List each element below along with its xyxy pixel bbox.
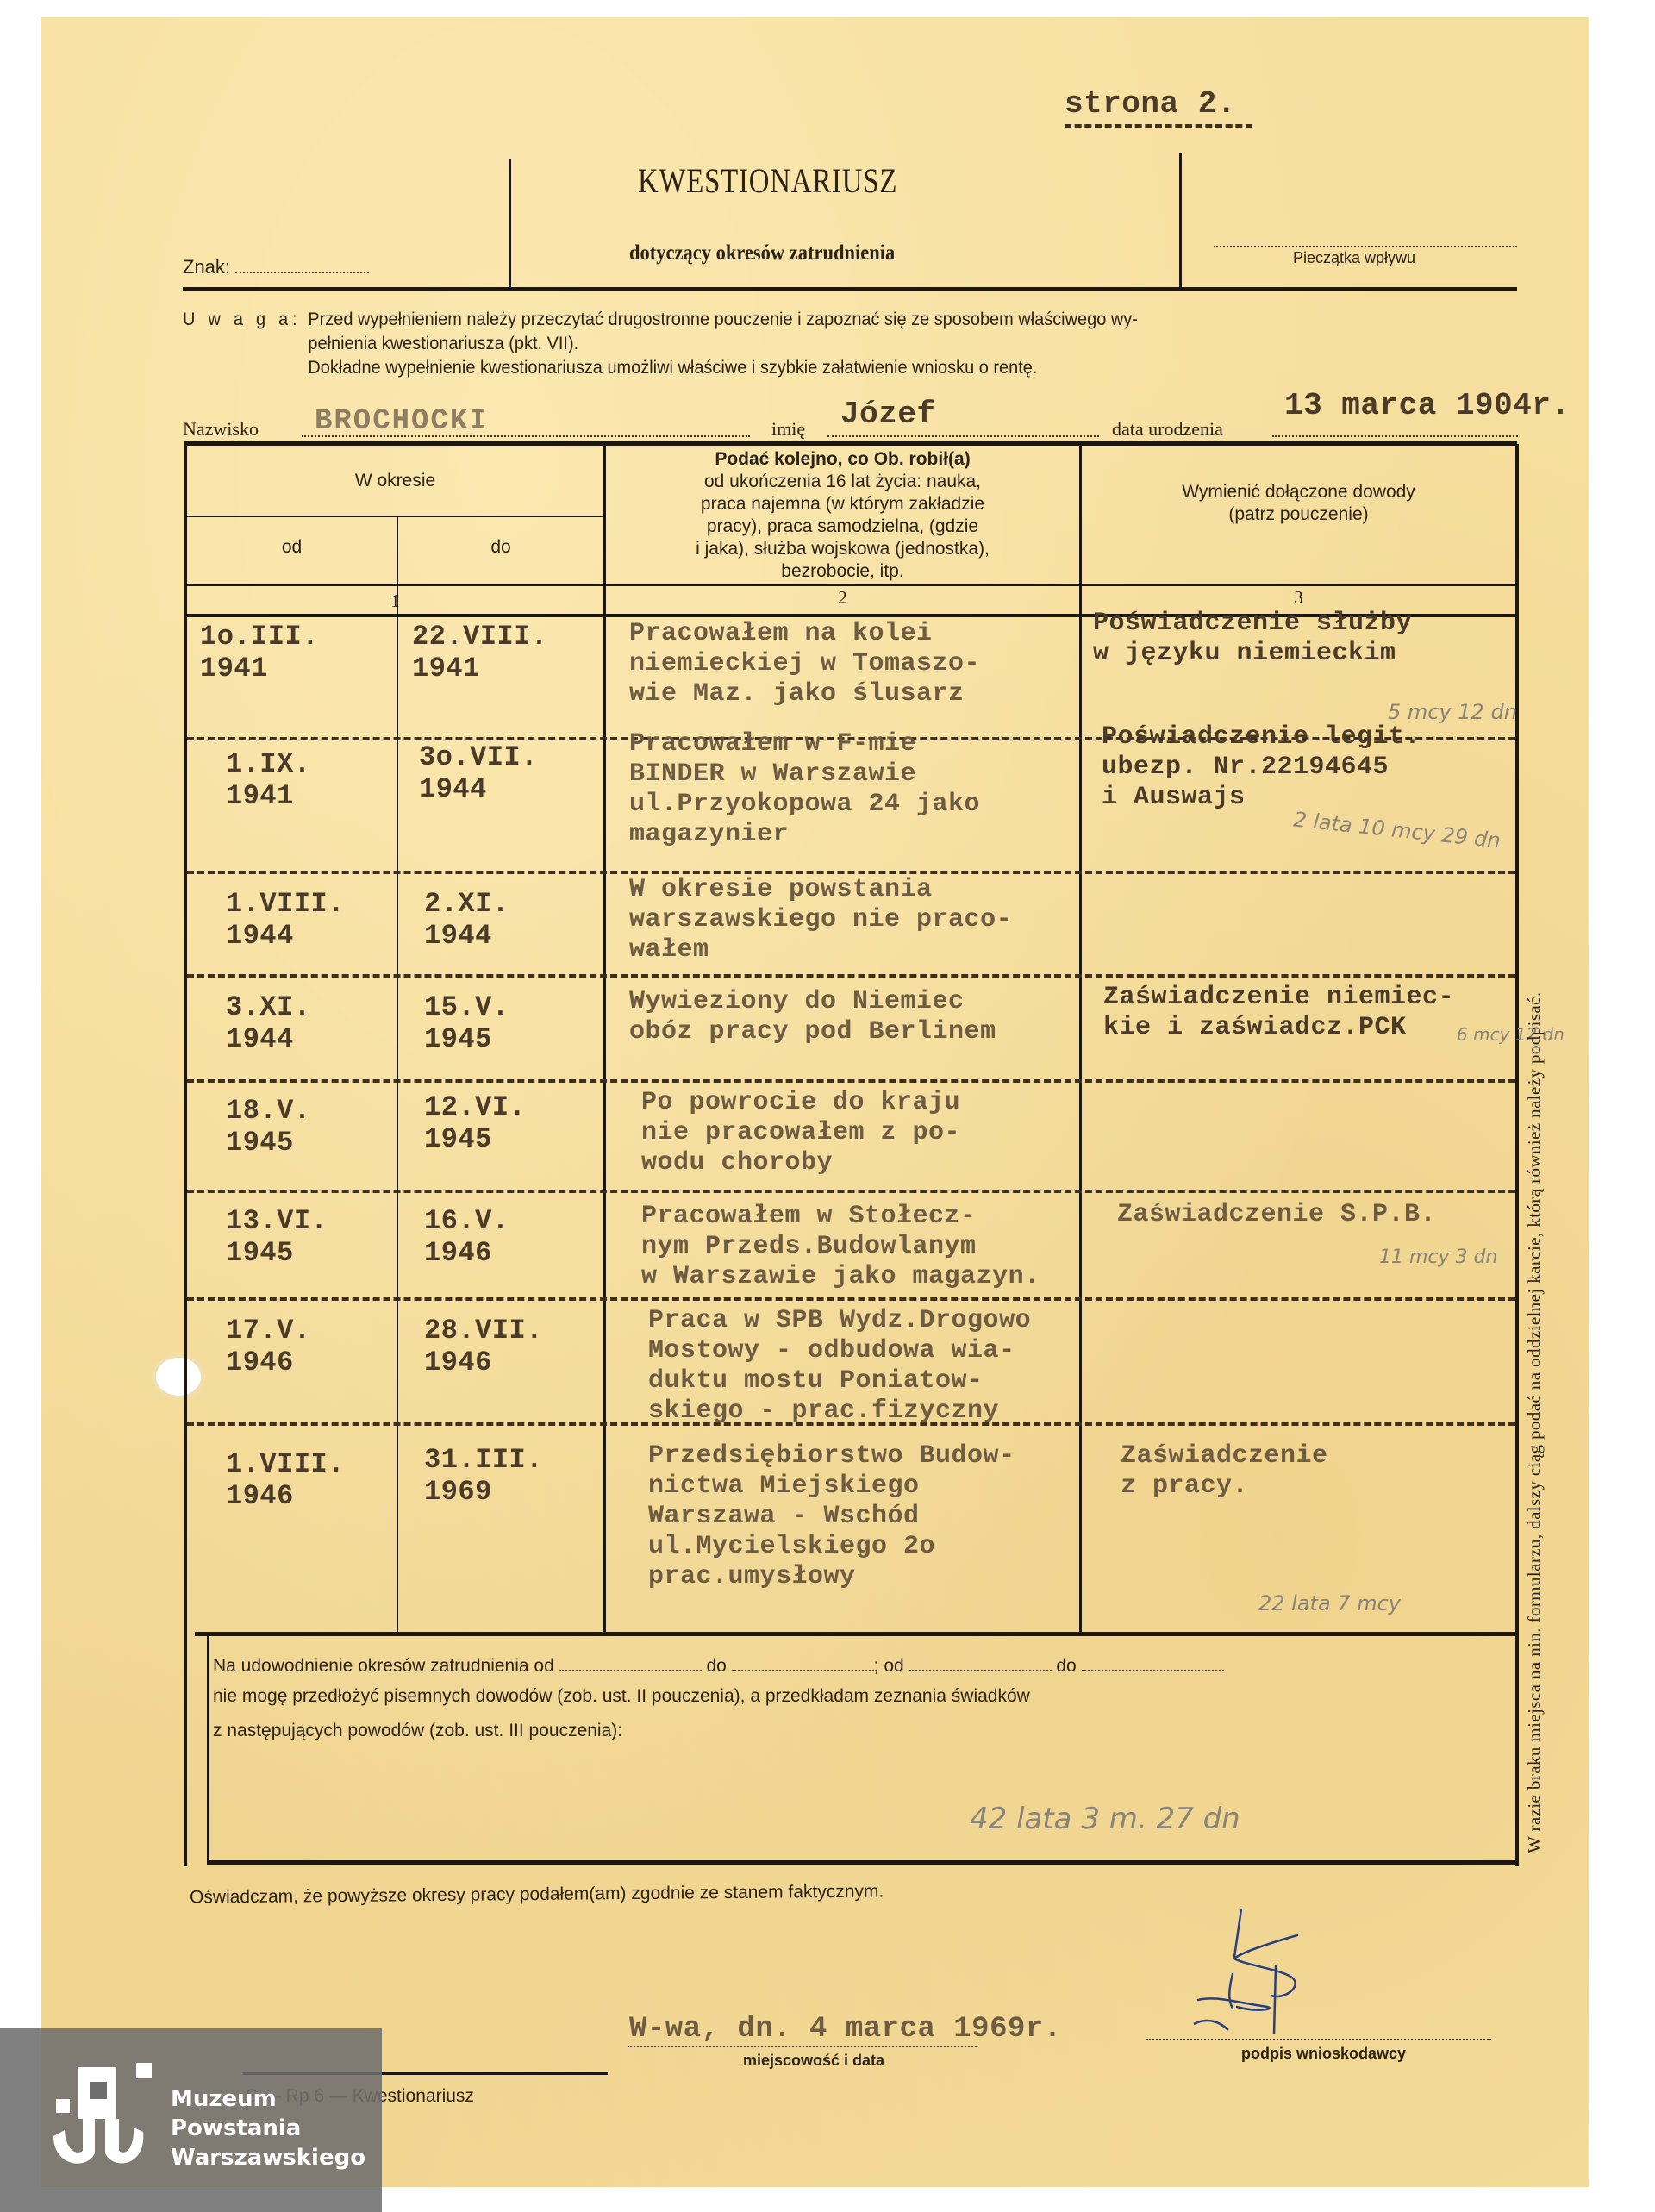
witness-top-rule — [195, 1632, 1517, 1636]
table-left-border — [184, 444, 187, 1866]
header-activity: Podać kolejno, co Ob. robił(a) od ukończ… — [606, 448, 1079, 583]
first-name-value: Józef — [840, 397, 936, 432]
notice-label: U w a g a: — [183, 308, 308, 332]
pencil-note: 6 mcy 12 dn — [1457, 1019, 1564, 1051]
page-number-underline — [1065, 124, 1252, 128]
witness-bottom-rule — [207, 1860, 1517, 1865]
row-separator — [187, 1079, 1515, 1083]
first-name-label: imię — [771, 418, 805, 441]
row-separator — [187, 974, 1515, 978]
col-number-1: 1 — [187, 590, 603, 612]
header-to: do — [398, 536, 603, 559]
table-top-rule — [184, 441, 1517, 446]
first-name-line — [827, 435, 1099, 437]
witness-from-2-field — [909, 1670, 1052, 1671]
museum-name: Muzeum Powstania Warszawskiego — [171, 2084, 365, 2172]
stamp-line — [1214, 246, 1517, 247]
signature-line — [1146, 2039, 1491, 2040]
table-right-border — [1515, 444, 1519, 1866]
birth-date-label: data urodzenia — [1112, 418, 1223, 441]
signature-label: podpis wnioskodawcy — [1241, 2045, 1406, 2063]
surname-label: Nazwisko — [183, 418, 259, 441]
witness-line-2: nie mogę przedłożyć pisemnych dowodów (z… — [213, 1685, 1480, 1708]
header-bottom-rule — [183, 287, 1517, 291]
header-divider-right — [1179, 153, 1182, 288]
znak-label: Znak: — [183, 256, 369, 278]
period-subheader-rule — [187, 516, 603, 517]
form-subtitle: dotyczący okresów zatrudnienia — [629, 241, 895, 266]
place-date-label: miejscowość i data — [743, 2052, 884, 2070]
row-separator — [187, 1297, 1515, 1301]
punch-hole — [156, 1358, 201, 1396]
header-evidence: Wymienić dołączone dowody (patrz pouczen… — [1082, 481, 1515, 526]
row-separator — [187, 871, 1515, 874]
surname-value: BROCHOCKI — [315, 405, 489, 438]
stamp-label: Pieczątka wpływu — [1293, 249, 1415, 267]
col-number-2: 2 — [606, 586, 1079, 609]
birth-date-value: 13 marca 1904r. — [1284, 388, 1571, 423]
side-instruction: W razie braku miejsca na nin. formularzu… — [1524, 595, 1546, 1853]
notice-block: U w a g a:Przed wypełnieniem należy prze… — [183, 308, 1460, 380]
witness-from-1-field — [559, 1670, 702, 1671]
header-period: W okresie — [187, 470, 603, 492]
row-separator — [187, 1190, 1515, 1193]
notice-line-3: Dokładne wypełnienie kwestionariusza umo… — [183, 356, 1460, 380]
col-divider-1 — [397, 517, 398, 1634]
witness-line-1: Na udowodnienie okresów zatrudnienia od … — [213, 1655, 1224, 1678]
col-divider-2 — [603, 444, 606, 1634]
form-title: KWESTIONARIUSZ — [638, 160, 897, 201]
place-date-line — [628, 2046, 977, 2047]
col-number-3: 3 — [1082, 586, 1515, 609]
birth-date-line — [1272, 435, 1518, 437]
page-number: strona 2. — [1065, 86, 1236, 122]
witness-line-3: z następujących powodów (zob. ust. III p… — [213, 1720, 622, 1742]
pencil-total-note: 42 lata 3 m. 27 dn — [970, 1802, 1240, 1836]
header-divider-left — [509, 159, 511, 288]
witness-to-2-field — [1082, 1670, 1224, 1671]
pencil-note: 11 mcy 3 dn — [1379, 1241, 1497, 1273]
header-from: od — [187, 536, 397, 559]
kotwica-anchor-icon — [52, 2063, 155, 2171]
handwritten-signature — [1181, 1905, 1379, 2034]
place-date-value: W-wa, dn. 4 marca 1969r. — [629, 2013, 1062, 2046]
witness-to-1-field — [732, 1670, 874, 1671]
notice-line-1: Przed wypełnieniem należy przeczytać dru… — [308, 309, 1138, 329]
pencil-note: 22 lata 7 mcy — [1258, 1588, 1401, 1620]
notice-line-2: pełnienia kwestionariusza (pkt. VII). — [183, 332, 1460, 356]
witness-left-border — [207, 1636, 209, 1862]
col-divider-3 — [1079, 444, 1082, 1634]
